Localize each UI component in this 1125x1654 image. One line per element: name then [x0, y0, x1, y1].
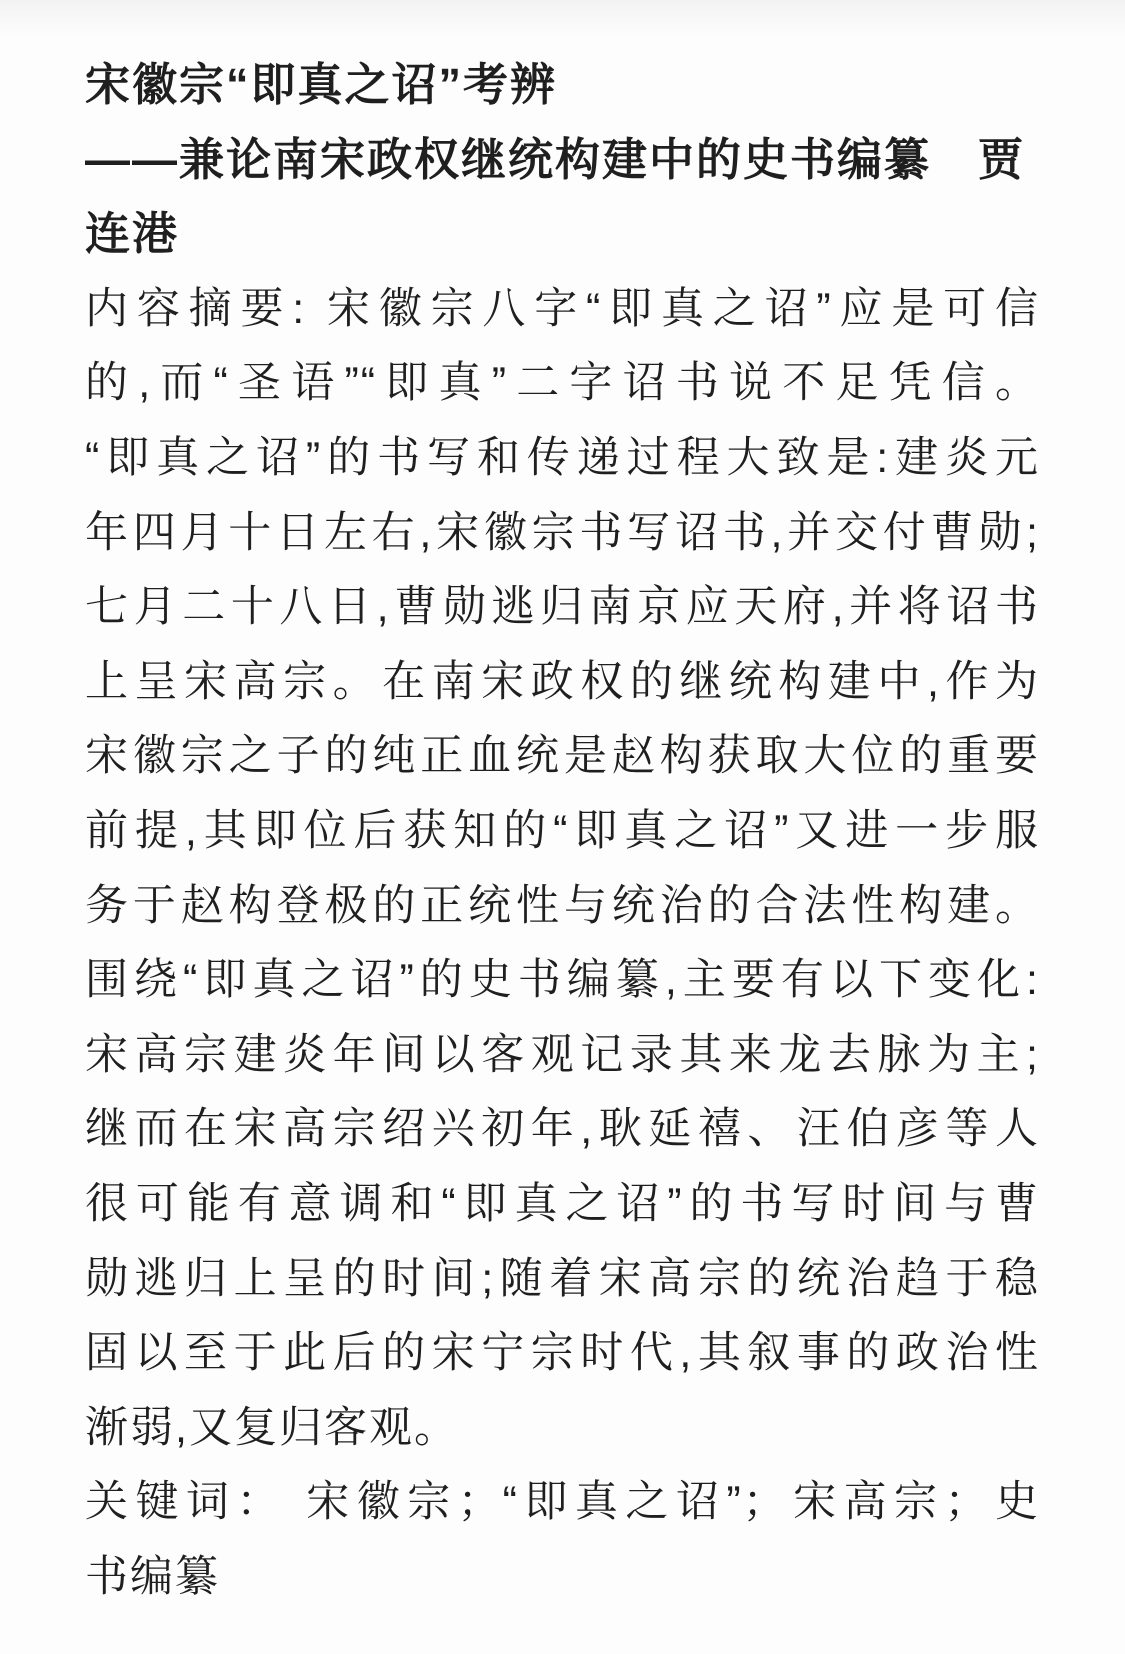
abstract-line: 年四月十日左右,宋徽宗书写诏书,并交付曹勋;	[85, 496, 1040, 571]
keywords-line: 书编纂	[85, 1540, 1040, 1615]
paper-abstract-page: 宋徽宗“即真之诏”考辨——兼论南宋政权继统构建中的史书编纂 贾连港内容摘要: 宋…	[0, 0, 1125, 1654]
document-lines: 宋徽宗“即真之诏”考辨——兼论南宋政权继统构建中的史书编纂 贾连港内容摘要: 宋…	[85, 48, 1040, 1614]
abstract-line: 围绕“即真之诏”的史书编纂,主要有以下变化:	[85, 943, 1040, 1018]
abstract-line: “即真之诏”的书写和传递过程大致是:建炎元	[85, 421, 1040, 496]
abstract-line: 务于赵构登极的正统性与统治的合法性构建。	[85, 869, 1040, 944]
subtitle-line: 连港	[85, 197, 1040, 272]
subtitle-line: ——兼论南宋政权继统构建中的史书编纂 贾	[85, 123, 1040, 198]
abstract-line: 渐弱,又复归客观。	[85, 1391, 1040, 1466]
keywords-line: 关键词： 宋徽宗；“即真之诏”；宋高宗；史	[85, 1465, 1040, 1540]
abstract-line: 宋徽宗之子的纯正血统是赵构获取大位的重要	[85, 719, 1040, 794]
abstract-line: 的,而“圣语”“即真”二字诏书说不足凭信。	[85, 346, 1040, 421]
abstract-line: 七月二十八日,曹勋逃归南京应天府,并将诏书	[85, 570, 1040, 645]
abstract-line: 勋逃归上呈的时间;随着宋高宗的统治趋于稳	[85, 1242, 1040, 1317]
abstract-line: 很可能有意调和“即真之诏”的书写时间与曹	[85, 1167, 1040, 1242]
abstract-line: 宋高宗建炎年间以客观记录其来龙去脉为主;	[85, 1018, 1040, 1093]
abstract-line: 继而在宋高宗绍兴初年,耿延禧、汪伯彦等人	[85, 1092, 1040, 1167]
abstract-line: 上呈宋高宗。在南宋政权的继统构建中,作为	[85, 645, 1040, 720]
abstract-line: 前提,其即位后获知的“即真之诏”又进一步服	[85, 794, 1040, 869]
abstract-line: 内容摘要: 宋徽宗八字“即真之诏”应是可信	[85, 272, 1040, 347]
title-line: 宋徽宗“即真之诏”考辨	[85, 48, 1040, 123]
abstract-line: 固以至于此后的宋宁宗时代,其叙事的政治性	[85, 1316, 1040, 1391]
